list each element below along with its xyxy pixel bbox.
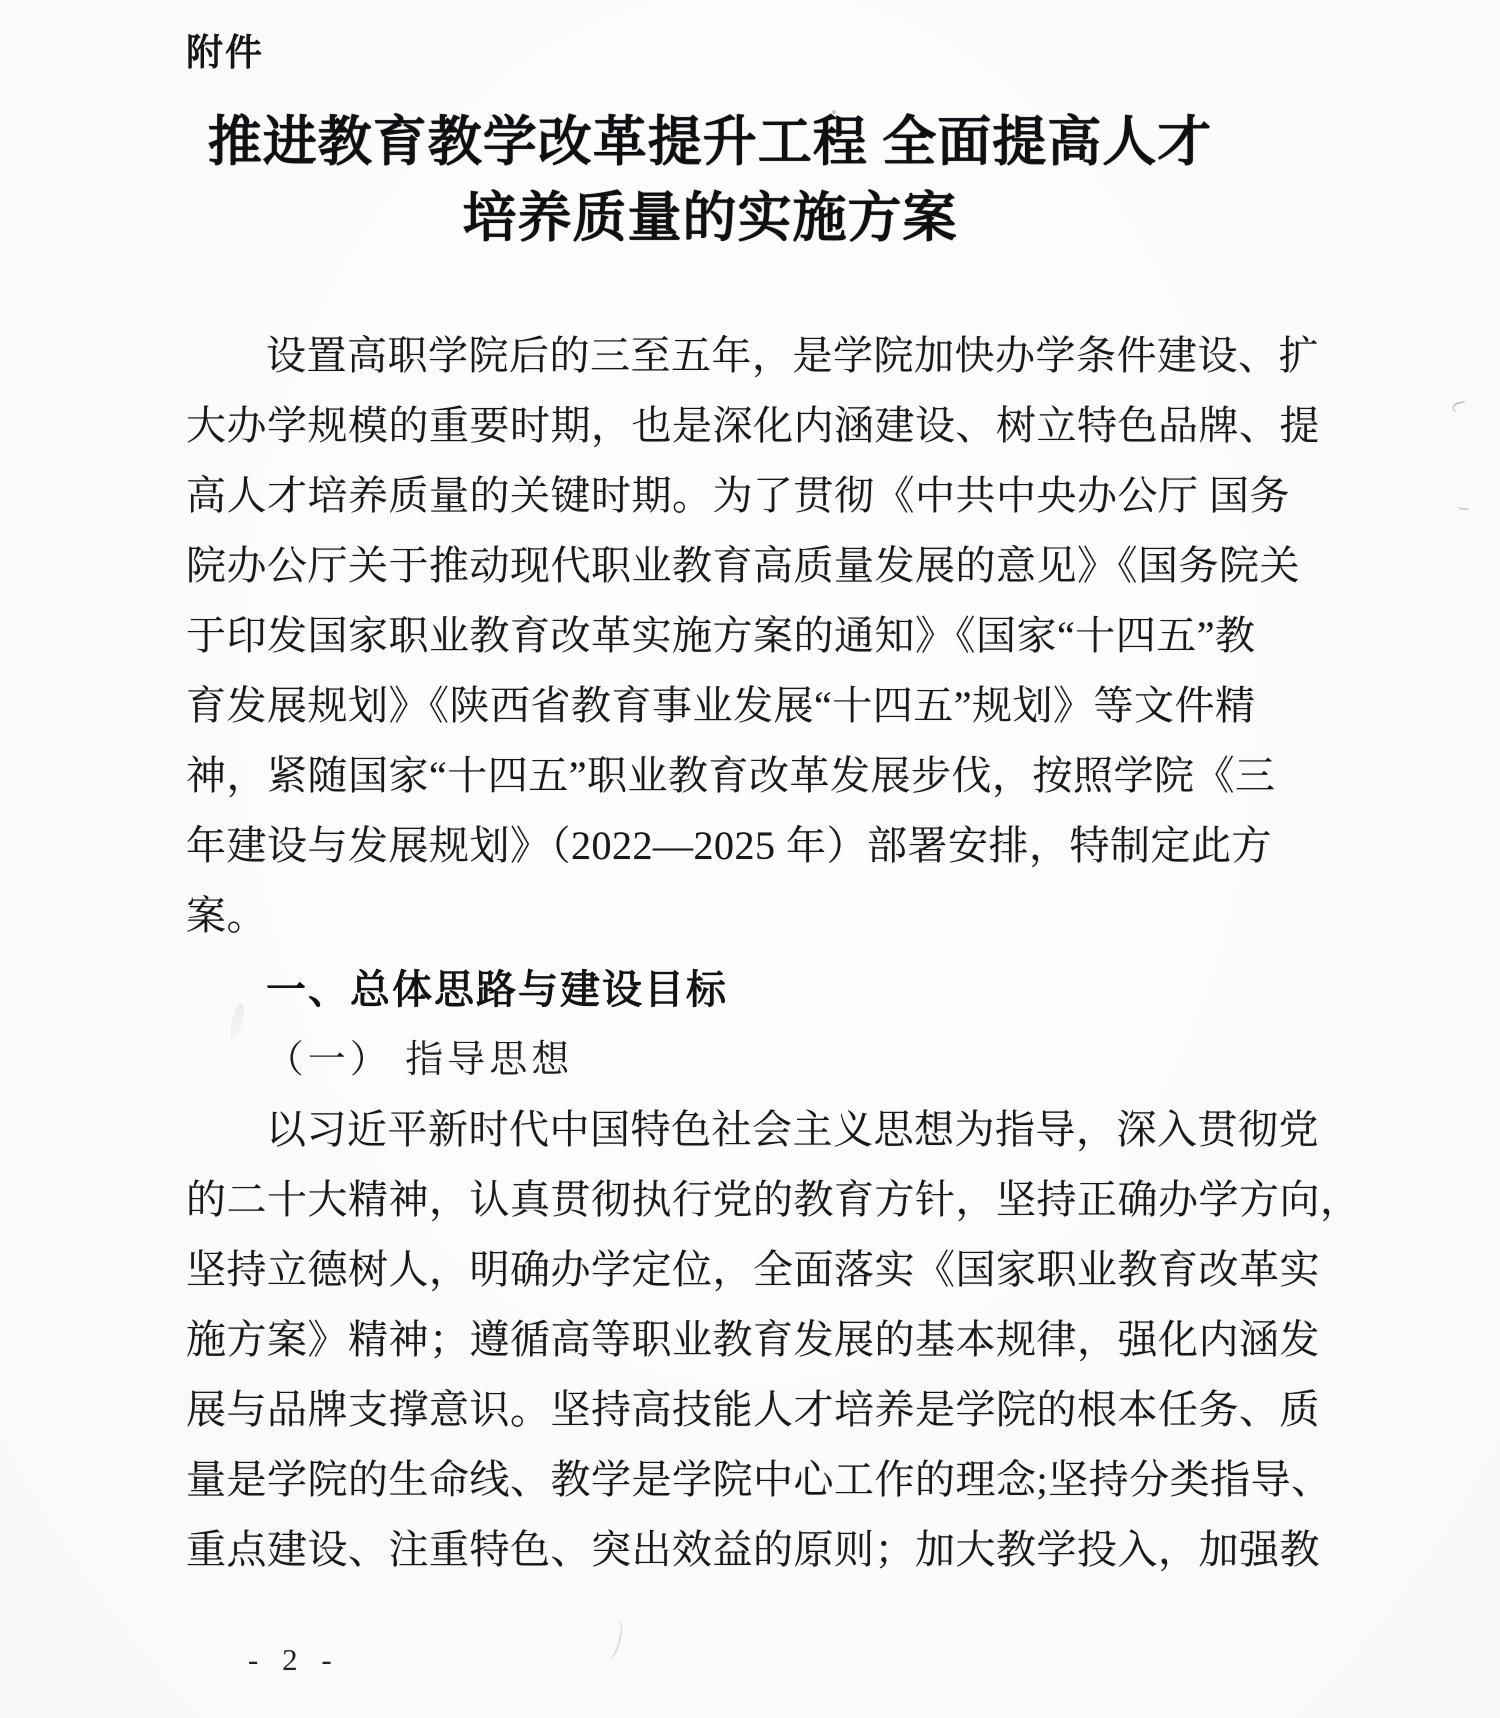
- body-line: 重点建设、注重特色、突出效益的原则；加大教学投入，加强教: [186, 1515, 1366, 1585]
- body-line: 展与品牌支撑意识。坚持高技能人才培养是学院的根本任务、质: [186, 1375, 1366, 1445]
- scan-artifact: [1451, 401, 1467, 414]
- body-line: 育发展规划》《陕西省教育事业发展“十四五”规划》等文件精: [186, 671, 1366, 741]
- scanned-document-page: 附件 推进教育教学改革提升工程 全面提高人才 培养质量的实施方案 设置高职学院后…: [0, 0, 1500, 1718]
- body-line: 年建设与发展规划》（2022—2025 年）部署安排，特制定此方: [186, 811, 1366, 881]
- body-line: 大办学规模的重要时期，也是深化内涵建设、树立特色品牌、提: [186, 391, 1366, 461]
- body-line: 的二十大精神，认真贯彻执行党的教育方针，坚持正确办学方向，: [186, 1165, 1366, 1235]
- document-title-line1: 推进教育教学改革提升工程 全面提高人才: [130, 104, 1290, 180]
- body-line: 设置高职学院后的三至五年，是学院加快办学条件建设、扩: [186, 321, 1366, 391]
- guiding-ideology-paragraph: 以习近平新时代中国特色社会主义思想为指导，深入贯彻党 的二十大精神，认真贯彻执行…: [186, 1095, 1366, 1585]
- document-title: 推进教育教学改革提升工程 全面提高人才 培养质量的实施方案: [130, 104, 1290, 256]
- body-line: 坚持立德树人，明确办学定位，全面落实《国家职业教育改革实: [186, 1235, 1366, 1305]
- body-line: 以习近平新时代中国特色社会主义思想为指导，深入贯彻党: [186, 1095, 1366, 1165]
- body-line: 施方案》精神；遵循高等职业教育发展的基本规律，强化内涵发: [186, 1305, 1366, 1375]
- scan-artifact: [599, 1617, 627, 1662]
- body-line: 量是学院的生命线、教学是学院中心工作的理念;坚持分类指导、: [186, 1445, 1366, 1515]
- section-heading-overall-goals: 一、总体思路与建设目标: [186, 955, 1366, 1025]
- subsection-heading-guiding-ideology: （一） 指导思想: [186, 1025, 1366, 1095]
- page-number: - 2 -: [248, 1642, 340, 1678]
- intro-paragraph: 设置高职学院后的三至五年，是学院加快办学条件建设、扩 大办学规模的重要时期，也是…: [186, 321, 1366, 951]
- body-line: 院办公厅关于推动现代职业教育高质量发展的意见》《国务院关: [186, 531, 1366, 601]
- body-line: 于印发国家职业教育改革实施方案的通知》《国家“十四五”教: [186, 601, 1366, 671]
- body-line: 神，紧随国家“十四五”职业教育改革发展步伐，按照学院《三: [186, 741, 1366, 811]
- body-line: 案。: [186, 881, 1366, 951]
- attachment-label: 附件: [186, 22, 264, 76]
- document-title-line2: 培养质量的实施方案: [130, 180, 1290, 256]
- body-line: 高人才培养质量的关键时期。为了贯彻《中共中央办公厅 国务: [186, 461, 1366, 531]
- scan-artifact: [1458, 502, 1471, 511]
